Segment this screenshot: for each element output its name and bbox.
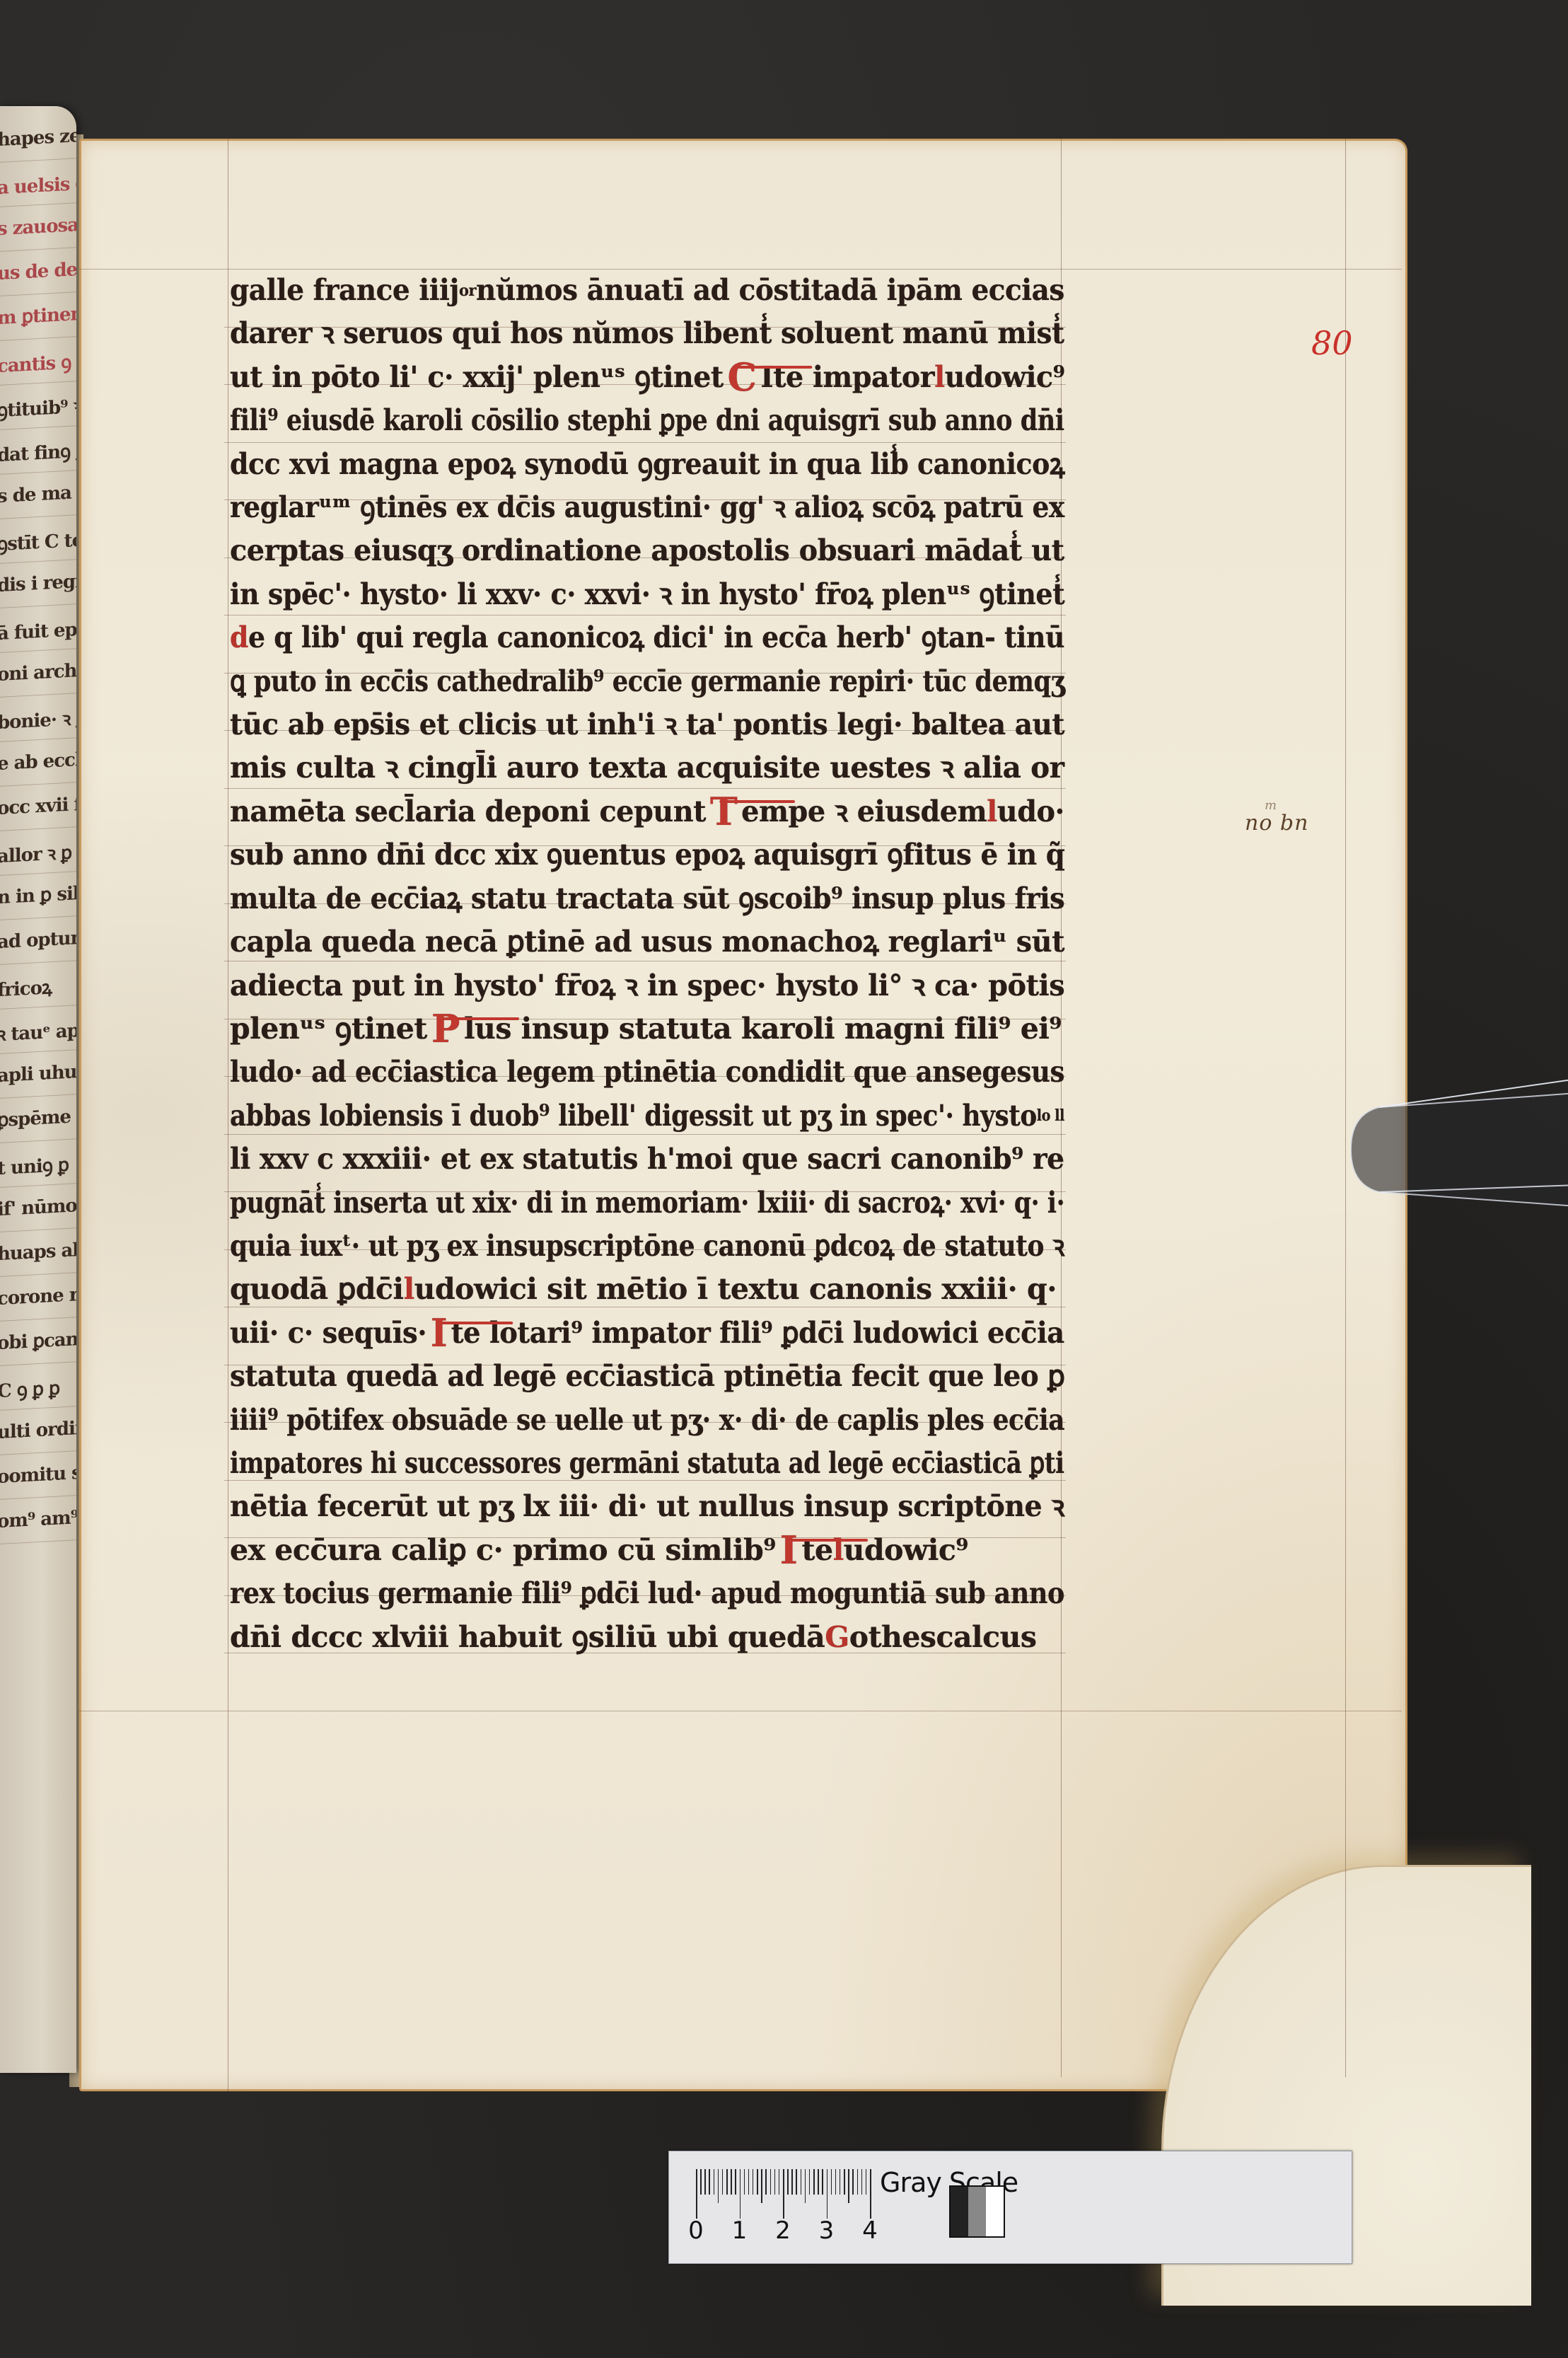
text-segment: quodā ꝑdc̄i xyxy=(230,1268,404,1311)
facing-page-line: if' nūmos xyxy=(0,1195,76,1232)
text-segment: ludo· ad ecc̄iastica legem ptinētia cond… xyxy=(230,1051,1064,1094)
ruler-tick xyxy=(700,2169,702,2195)
red-touched-letter: d xyxy=(230,616,248,659)
text-segment: impatores hi successores germāni statuta… xyxy=(230,1442,1064,1485)
folio-number: 80 xyxy=(1311,324,1353,362)
facing-page-line: fricoꝝ xyxy=(0,972,76,1010)
facing-page-line: allor ꝛ ꝑ sta xyxy=(0,838,76,876)
margin-note-text: no bn xyxy=(1245,811,1308,836)
text-line: ꝗ puto in ecc̄is cathedralib⁹ eccīe germ… xyxy=(230,660,948,703)
ruler-tick xyxy=(726,2169,728,2195)
ruler-label: 2 xyxy=(775,2217,791,2245)
ruler-label: 4 xyxy=(862,2217,878,2245)
text-segment: in spēc'· hysto· li xxv· c· xxvi· ꝛ in h… xyxy=(230,573,1064,616)
text-segment: te lotari⁹ impator fili⁹ ꝑdc̄i ludowici … xyxy=(451,1312,1064,1355)
rubric-initial: I xyxy=(780,1529,798,1572)
text-line: fili⁹ eiusdē karoli cōsilio stephi ꝑpe d… xyxy=(230,399,942,442)
text-segment: te xyxy=(802,1529,833,1572)
ruling-left-margin xyxy=(228,139,228,2091)
text-segment: nŭmos ānuatī ad cōstitadā ipām eccias xyxy=(476,269,1064,312)
facing-page-line: ꝛ tauᵉ apl xyxy=(0,1017,76,1054)
facing-page-line: bonie· ꝛ ꝑ xyxy=(0,705,76,742)
text-segment: plenᵘˢ ꝯtinet xyxy=(230,1007,427,1051)
ruler-tick xyxy=(774,2169,776,2195)
ruler-tick xyxy=(805,2169,806,2203)
text-line: dcc xvi magna epoꝝ synodū ꝯgreauit in qu… xyxy=(230,443,1001,486)
text-segment: cerptas eiusqʒ ordinatione apostolis obs… xyxy=(230,529,1064,572)
margin-note-superscript: m xyxy=(1265,798,1277,813)
rubric-initial: T xyxy=(710,790,737,833)
text-segment: udo· xyxy=(997,790,1064,833)
ruler-tick xyxy=(709,2169,710,2195)
ruler-tick xyxy=(852,2169,854,2195)
text-segment: li xxv c xxxiii· et ex statutis h'moi qu… xyxy=(230,1138,1064,1181)
ruler-tick xyxy=(861,2169,863,2195)
text-segment: dn̄i dccc xlviii habuit ꝯsiliū ubi quedā xyxy=(230,1616,825,1659)
facing-page-line: apli uhuor xyxy=(0,1061,76,1099)
ruler-tick xyxy=(783,2169,784,2219)
text-line: adiecta put in hysto' fr̄oꝝ ꝛ in spec· h… xyxy=(230,964,1042,1007)
text-segment: ut in pōto li' c· xxij' plenᵘˢ ꝯtinet xyxy=(230,356,724,399)
ruler-tick xyxy=(765,2169,767,2195)
text-line: iiii⁹ pōtifex obsuāde se uelle ut pʒ· x·… xyxy=(230,1399,963,1442)
text-segment: reglarᵘᵐ ꝯtinēs ex dc̄is augustini· gg' … xyxy=(230,486,1064,529)
text-segment: e q lib' qui regla canonicoꝝ dici' in ec… xyxy=(248,616,1064,659)
text-segment: darer ꝛ seruos qui hos nŭmos libent̾ sol… xyxy=(230,312,1064,355)
text-line: li xxv c xxxiii· et ex statutis h'moi qu… xyxy=(230,1138,1027,1181)
page-clip xyxy=(1351,1065,1568,1242)
ruler-tick xyxy=(844,2169,845,2195)
text-line: quia iuxᵗ· ut pʒ ex insupscriptōne canon… xyxy=(230,1225,963,1268)
ruler-tick xyxy=(748,2169,750,2195)
ruler-tick xyxy=(787,2169,789,2195)
ruler-tick xyxy=(827,2169,828,2219)
text-line: cerptas eiusqʒ ordinatione apostolis obs… xyxy=(230,529,1040,572)
ruler xyxy=(696,2169,873,2219)
ruler-tick xyxy=(791,2169,793,2195)
text-line: impatores hi successores germāni statuta… xyxy=(230,1442,920,1485)
text-line: galle france iiijor nŭmos ānuatī ad cōst… xyxy=(230,269,1023,312)
gray-swatch xyxy=(986,2187,1004,2236)
ruler-tick xyxy=(835,2169,837,2195)
text-segment: abbas lobiensis ī duob⁹ libell' digessit… xyxy=(230,1094,1037,1138)
scale-card: 01234 Gray Scale xyxy=(668,2151,1352,2264)
facing-page-line: dis i regno xyxy=(0,571,76,608)
ruler-tick xyxy=(718,2169,719,2203)
facing-page-line: ꝑspēme sc xyxy=(0,1106,76,1143)
facing-page-line: dat finꝯ ꝑt xyxy=(0,437,76,475)
ruler-tick xyxy=(704,2169,706,2195)
facing-page-line: e ab eccl' bu xyxy=(0,749,76,787)
ruler-tick xyxy=(753,2169,754,2195)
text-segment: quia iuxᵗ· ut pʒ ex insupscriptōne canon… xyxy=(230,1225,1064,1268)
text-line: pugnāt̾ inserta ut xix· di in memoriam· … xyxy=(230,1181,934,1225)
ruler-tick xyxy=(818,2169,819,2195)
red-touched-letter: l xyxy=(404,1268,414,1311)
text-segment: iiii⁹ pōtifex obsuāde se uelle ut pʒ· x·… xyxy=(230,1399,1064,1442)
rubric-initial: I xyxy=(431,1312,447,1355)
facing-page-line: cantis ꝯ ... xyxy=(0,348,76,386)
text-segment: Ite impator xyxy=(760,356,934,399)
text-line: de q lib' qui regla canonicoꝝ dici' in e… xyxy=(230,616,999,659)
text-segment: fili⁹ eiusdē karoli cōsilio stephi ꝑpe d… xyxy=(230,399,1064,442)
text-segment: udowic⁹ xyxy=(945,356,1065,399)
red-touched-letter: G xyxy=(825,1616,849,1659)
margin-note: m no bn xyxy=(1245,811,1308,836)
text-segment: udowic⁹ xyxy=(844,1529,968,1572)
facing-page-line: s de ma sa xyxy=(0,482,76,519)
facing-page-line: occ xvii fi xyxy=(0,794,76,831)
ruler-tick xyxy=(722,2169,724,2195)
facing-page-line: t uniꝯ ꝑ xyxy=(0,1150,76,1188)
text-line: in spēc'· hysto· li xxv· c· xxvi· ꝛ in h… xyxy=(230,573,1004,616)
ruler-tick xyxy=(801,2169,802,2195)
text-line: quodā ꝑdc̄i ludowici sit mētio ī textu c… xyxy=(230,1268,1064,1311)
ruler-tick xyxy=(696,2169,697,2219)
text-segment: capla queda necā ꝑtinē ad usus monachoꝝ … xyxy=(230,920,1064,964)
text-segment: ex ecc̄ura caliꝑ c· primo cū simlib⁹ xyxy=(230,1529,776,1572)
text-segment: tūc ab eps̄is et clicis ut inh'i ꝛ ta' p… xyxy=(230,703,1064,746)
gray-scale-swatches xyxy=(949,2185,1005,2238)
facing-page-line: oomitu sbier xyxy=(0,1462,76,1500)
ruler-tick xyxy=(831,2169,832,2195)
facing-page-line: corone reg xyxy=(0,1284,76,1322)
red-touched-letter: l xyxy=(987,790,997,833)
ruler-label: 3 xyxy=(819,2217,835,2245)
text-segment: nētia fecerūt ut pʒ lx iii· di· ut nullu… xyxy=(230,1485,1064,1528)
ruler-tick xyxy=(757,2169,758,2195)
text-segment: galle france iiij xyxy=(230,269,459,312)
ruler-tick xyxy=(813,2169,815,2195)
text-segment: or xyxy=(459,283,476,299)
ruler-tick xyxy=(735,2169,736,2195)
gray-swatch xyxy=(968,2187,986,2236)
text-line: ludo· ad ecc̄iastica legem ptinētia cond… xyxy=(230,1051,987,1094)
facing-page-line: obi ꝑcant xyxy=(0,1329,76,1366)
text-segment: lo ll xyxy=(1037,1108,1064,1123)
text-segment: lus insup statuta karoli magni fili⁹ ei⁹ xyxy=(464,1007,1062,1051)
text-segment: pugnāt̾ inserta ut xix· di in memoriam· … xyxy=(230,1181,1064,1225)
ruler-tick xyxy=(761,2169,762,2203)
text-line: tūc ab eps̄is et clicis ut inh'i ꝛ ta' p… xyxy=(230,703,1023,746)
facing-page-line: om⁹ am⁹ ou xyxy=(0,1507,76,1544)
facing-page-line: m ꝑtinent xyxy=(0,304,76,341)
text-line: ex ecc̄ura caliꝑ c· primo cū simlib⁹Ite … xyxy=(230,1529,1064,1572)
facing-page-line: huaps ab dn̄ xyxy=(0,1239,76,1277)
red-touched-letter: l xyxy=(934,356,945,399)
text-line: mis culta ꝛ cingl̄i auro texta acquisite… xyxy=(230,746,1056,790)
text-segment: uii· c· sequīs· xyxy=(230,1312,426,1355)
text-segment: othescalcus xyxy=(849,1616,1037,1659)
text-segment: adiecta put in hysto' fr̄oꝝ ꝛ in spec· h… xyxy=(230,964,1064,1007)
text-line: statuta quedā ad legē ecc̄iasticā ptinēt… xyxy=(230,1355,1021,1398)
text-segment: mis culta ꝛ cingl̄i auro texta acquisite… xyxy=(230,746,1064,790)
text-segment: dcc xvi magna epoꝝ synodū ꝯgreauit in qu… xyxy=(230,443,1064,486)
text-segment: multa de ecc̄iaꝝ statu tractata sūt ꝯsco… xyxy=(230,877,1064,920)
facing-page-line: n in ꝑ sib xyxy=(0,883,76,920)
ruler-tick xyxy=(809,2169,811,2195)
facing-page-line: ꝯstīt C ted xyxy=(0,526,76,564)
ruler-tick xyxy=(796,2169,797,2195)
text-line: reglarᵘᵐ ꝯtinēs ex dc̄is augustini· gg' … xyxy=(230,486,993,529)
text-line: multa de ecc̄iaꝝ statu tractata sūt ꝯsco… xyxy=(230,877,1008,920)
ruler-tick xyxy=(770,2169,772,2195)
facing-page-line: ꝯtituib⁹ ꝛ sta xyxy=(0,393,76,430)
ruler-tick xyxy=(822,2169,823,2195)
ruler-tick xyxy=(714,2169,715,2195)
text-segment: sub anno dn̄i dcc xix ꝯuentus epoꝝ aquis… xyxy=(230,833,1064,877)
ruler-tick xyxy=(857,2169,859,2195)
facing-page-line: ā fuit epꝯ xyxy=(0,615,76,653)
ruler-tick xyxy=(840,2169,841,2195)
text-segment: rex tocius germanie fili⁹ ꝑdc̄i lud· apu… xyxy=(230,1572,1064,1615)
red-touched-letter: l xyxy=(833,1529,844,1572)
text-segment: empe ꝛ eiusdem xyxy=(741,790,987,833)
facing-page-line: us de destant xyxy=(0,259,76,296)
facing-page-line: s zauosa uoc xyxy=(0,214,76,252)
text-line: ut in pōto li' c· xxij' plenᵘˢ ꝯtinetCIt… xyxy=(230,356,1035,399)
text-line: namēta secl̄aria deponi cepuntTempe ꝛ ei… xyxy=(230,790,1039,833)
facing-page-line: hapes zela ya xyxy=(0,125,76,163)
text-line: capla queda necā ꝑtinē ad usus monachoꝝ … xyxy=(230,920,1039,964)
rubric-initial: P xyxy=(431,1007,460,1051)
text-line: dn̄i dccc xlviii habuit ꝯsiliū ubi quedā… xyxy=(230,1616,1064,1659)
facing-page-line: C ꝯ ꝑ ꝑ xyxy=(0,1373,76,1411)
facing-page-edge: hapes zela yaa uelsis ꝯsiliss zauosa uoc… xyxy=(0,106,76,2073)
ruler-label: 1 xyxy=(732,2217,748,2245)
facing-page-line: ulti ordini xyxy=(0,1418,76,1455)
rubric-initial: C xyxy=(727,356,756,399)
facing-page-line: a uelsis ꝯsilis xyxy=(0,170,76,207)
main-text-block: galle france iiijor nŭmos ānuatī ad cōst… xyxy=(230,269,1064,1659)
ruling-outer-margin xyxy=(1345,139,1346,2077)
ruler-tick xyxy=(744,2169,745,2195)
text-segment: namēta secl̄aria deponi cepunt xyxy=(230,790,706,833)
ruler-tick xyxy=(779,2169,780,2195)
text-segment: udowici sit mētio ī textu canonis xxiii·… xyxy=(414,1268,1057,1311)
gray-swatch xyxy=(951,2187,968,2236)
text-line: nētia fecerūt ut pʒ lx iii· di· ut nullu… xyxy=(230,1485,1034,1528)
text-line: abbas lobiensis ī duob⁹ libell' digessit… xyxy=(230,1094,959,1138)
facing-page-line: ad optum si xyxy=(0,927,76,965)
text-segment: statuta quedā ad legē ecc̄iasticā ptinēt… xyxy=(230,1355,1064,1398)
facing-page-line: oni archiep xyxy=(0,660,76,698)
text-line: rex tocius germanie fili⁹ ꝑdc̄i lud· apu… xyxy=(230,1572,974,1615)
ruler-tick xyxy=(848,2169,849,2203)
ruler-label: 0 xyxy=(688,2217,704,2245)
ruler-tick xyxy=(866,2169,867,2195)
text-line: uii· c· sequīs·Ite lotari⁹ impator fili⁹… xyxy=(230,1312,1014,1355)
text-line: darer ꝛ seruos qui hos nŭmos libent̾ sol… xyxy=(230,312,1023,355)
ruler-tick xyxy=(870,2169,871,2219)
ruler-tick xyxy=(740,2169,741,2219)
text-segment: ꝗ puto in ecc̄is cathedralib⁹ eccīe germ… xyxy=(230,660,1064,703)
ruling-line xyxy=(79,1711,1402,1711)
ruler-tick xyxy=(731,2169,732,2195)
text-line: plenᵘˢ ꝯtinetPlus insup statuta karoli m… xyxy=(230,1007,1064,1051)
text-line: sub anno dn̄i dcc xix ꝯuentus epoꝝ aquis… xyxy=(230,833,1020,877)
